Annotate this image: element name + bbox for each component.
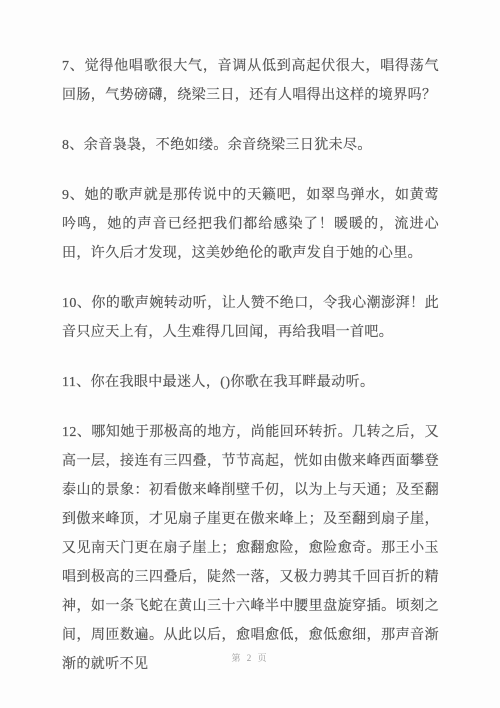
paragraph-12: 12、哪知她于那极高的地方，尚能回环转折。几转之后，又高一层，接连有三四叠，节节… xyxy=(62,418,439,679)
document-body: 7、觉得他唱歌很大气，音调从低到高起伏很大，唱得荡气回肠，气势磅礴，绕梁三日，还… xyxy=(62,52,439,679)
page-number: 第 2 页 xyxy=(0,651,500,664)
paragraph-11: 11、你在我眼中最迷人，()你歌在我耳畔最动听。 xyxy=(62,368,439,397)
paragraph-10: 10、你的歌声婉转动听，让人赞不绝口，令我心潮澎湃！此音只应天上有，人生难得几回… xyxy=(62,289,439,347)
paragraph-9: 9、她的歌声就是那传说中的天籁吧，如翠鸟弹水，如黄莺吟鸣，她的声音已经把我们都给… xyxy=(62,181,439,268)
document-page: 7、觉得他唱歌很大气，音调从低到高起伏很大，唱得荡气回肠，气势磅礴，绕梁三日，还… xyxy=(0,0,500,708)
paragraph-8: 8、余音袅袅，不绝如缕。余音绕梁三日犹未尽。 xyxy=(62,131,439,160)
paragraph-7: 7、觉得他唱歌很大气，音调从低到高起伏很大，唱得荡气回肠，气势磅礴，绕梁三日，还… xyxy=(62,52,439,110)
